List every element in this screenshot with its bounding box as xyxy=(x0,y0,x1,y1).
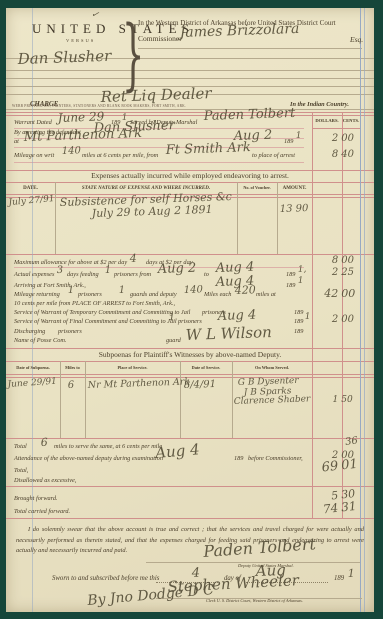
mileage-amount: 8 40 xyxy=(312,150,360,160)
discharging-prisoners-label: prisoners xyxy=(58,329,82,336)
arriving-year-handwriting: 1 xyxy=(298,277,304,286)
mileage-dollars: 8 xyxy=(312,150,338,160)
ruled-line xyxy=(6,438,374,439)
ruled-line xyxy=(6,70,374,71)
ruled-line xyxy=(6,374,374,375)
subpoenas-col-miles: Miles to xyxy=(60,366,85,371)
subpoena-cents: 50 xyxy=(338,396,360,405)
expenses-col-voucher: No. of Voucher. xyxy=(237,186,277,191)
attendance-date-handwriting: Aug 4 xyxy=(155,442,201,461)
table-column-line xyxy=(237,182,238,254)
subpoenas-col-served: On Whom Served. xyxy=(232,366,312,371)
subpoenas-col-place: Place of Service. xyxy=(85,366,180,371)
witness-name-3: Clarence Shaber xyxy=(234,395,311,407)
total-dollars: 69 xyxy=(311,460,338,476)
dollars-column-header: DOLLARS. xyxy=(312,118,342,123)
arrest-year-print: 189 xyxy=(284,139,293,146)
returning-dollars: 42 xyxy=(312,288,338,299)
serve-miles-handwriting: 6 xyxy=(41,437,48,448)
guards-deputy-label: guards and deputy xyxy=(130,292,177,299)
ruled-line xyxy=(6,377,374,378)
miles-each-handwriting: 140 xyxy=(184,285,203,296)
final-amount: 2 00 xyxy=(312,315,360,325)
subpoena-row-date: June 29/91 xyxy=(7,378,57,390)
mileage-rate-label: miles at 6 cents per mile, from xyxy=(82,153,158,160)
mileage-returning-label: Mileage returning xyxy=(14,292,60,299)
temp-commitment-label: Service of Warrant of Temporary Commitme… xyxy=(14,310,190,317)
mileage-writ-label: Mileage on writ xyxy=(14,153,54,160)
returning-amount: 42 00 xyxy=(312,288,360,299)
mileage-from-handwriting: Ft Smith Ark xyxy=(166,141,251,157)
posse-label: Name of Posse Com. xyxy=(14,338,66,345)
arrest-fee-dollars: 2 xyxy=(312,134,338,144)
actual-year-print: 189 xyxy=(286,272,295,279)
disallowed-label: Disallowed as excessive, xyxy=(14,478,76,485)
ruled-line xyxy=(6,348,374,349)
clerk-title: Clerk U. S. District Court, Western Dist… xyxy=(206,599,303,604)
guard-name-handwriting: W L Wilson xyxy=(185,325,272,343)
mileage-cents: 40 xyxy=(338,150,360,160)
feeding-cents: 25 xyxy=(338,268,360,278)
serve-rate-label: miles to serve the same, at 6 cents per … xyxy=(54,444,162,451)
ruled-line xyxy=(6,109,374,110)
total-label: Total, xyxy=(14,468,28,475)
temp-year-print: 189 xyxy=(294,310,303,317)
expense-account-form: ✓ UNITED STATES VERSUS } In the Western … xyxy=(6,8,374,612)
final-year-print: 189 xyxy=(294,319,303,326)
ruled-line xyxy=(14,147,304,148)
actual-year-handwriting: 1, xyxy=(298,266,307,275)
final-date-handwriting: Aug 4 xyxy=(218,309,257,323)
table-column-line xyxy=(60,361,61,438)
ruled-line xyxy=(6,361,374,362)
returning-prisoners-label: prisoners xyxy=(78,292,102,299)
subpoena-row-place: Nr Mt Parthenon Ark xyxy=(88,377,191,390)
feeding-days-handwriting: 3 xyxy=(57,266,64,276)
carried-forward-cents: 31 xyxy=(338,500,361,514)
table-column-line xyxy=(55,182,56,254)
miles-at-label: miles at xyxy=(256,292,276,299)
arrest-fee-cents: 00 xyxy=(338,134,360,144)
feeding-label: days feeding xyxy=(67,272,99,279)
serve-amount: 36 xyxy=(345,436,359,448)
expense-row-description-2: July 29 to Aug 2 1891 xyxy=(92,204,213,219)
attendance-label: Attendance of the above-named deputy dur… xyxy=(14,456,163,463)
sworn-label: Sworn to and subscribed before me this xyxy=(52,575,159,582)
total-cents: 01 xyxy=(338,458,361,473)
mileage-returning-label-2: 10 cents per mile from PLACE OF ARREST t… xyxy=(14,301,175,308)
ruled-line xyxy=(138,48,362,49)
before-commissioner-label: before Commissioner, xyxy=(248,456,303,463)
margin-line xyxy=(364,8,365,612)
final-dollars: 2 xyxy=(312,315,338,325)
carried-forward-label: Total carried forward. xyxy=(14,509,70,516)
table-column-line xyxy=(180,361,181,438)
feeding-amount: 2 25 xyxy=(312,268,360,278)
ruled-line xyxy=(6,254,374,255)
at-label: at xyxy=(14,139,19,146)
feeding-dollars: 2 xyxy=(312,268,338,278)
final-count-handwriting: 1 xyxy=(169,313,176,323)
max-allowance-days-handwriting: 4 xyxy=(130,253,137,264)
expenses-col-amount: AMOUNT. xyxy=(277,186,312,192)
arriving-label: Arriving at Fort Smith, Ark., xyxy=(14,283,86,290)
ruled-line xyxy=(6,78,374,79)
max-allowance-amount: 8 00 xyxy=(312,256,360,266)
curly-brace: } xyxy=(122,16,144,94)
arrest-fee-amount: 2 00 xyxy=(312,134,360,144)
arriving-year-print: 189 xyxy=(286,283,295,290)
commissioner-name-handwriting: James Brizzolara xyxy=(180,22,300,40)
jurisdiction-note: In the Indian Country. xyxy=(290,102,349,109)
total-miles-label: Total xyxy=(14,444,27,451)
subpoena-amount: 1 50 xyxy=(312,396,360,405)
final-cents: 00 xyxy=(338,315,360,325)
sworn-year-print: 189 xyxy=(334,575,344,582)
guard-label: guard xyxy=(166,338,181,345)
scanned-document-photo: ✓ UNITED STATES VERSUS } In the Western … xyxy=(0,0,383,619)
table-column-line xyxy=(277,182,278,254)
discharging-year-print: 189 xyxy=(294,329,303,336)
returning-cents: 00 xyxy=(338,288,360,299)
sworn-year-handwriting: 1 xyxy=(348,568,355,579)
carried-forward-dollars: 74 xyxy=(312,502,339,517)
esq-suffix: Esq. xyxy=(350,36,363,44)
actual-expenses-label: Actual expenses xyxy=(14,272,54,279)
returning-guard-count-handwriting: 1 xyxy=(119,286,126,296)
mileage-miles-handwriting: 140 xyxy=(62,146,81,157)
final-year-handwriting: 1 xyxy=(305,313,311,322)
ruled-line xyxy=(6,486,374,487)
arrest-place-handwriting: Mt Parthenon Ark xyxy=(24,127,143,144)
mileage-to-label: to place of arrest xyxy=(252,153,295,160)
ruled-line xyxy=(6,182,374,183)
feeding-from-date-handwriting: Aug 2 xyxy=(158,262,197,276)
max-allowance-cents: 00 xyxy=(338,256,360,266)
expenses-col-date: DATE. xyxy=(6,186,55,192)
expenses-section-title: Expenses actually incurred while employe… xyxy=(6,172,374,180)
brought-forward-label: Brought forward. xyxy=(14,496,58,503)
commissioner-label: Commissioner xyxy=(138,35,182,43)
ruled-line xyxy=(14,162,304,163)
max-allowance-dollars: 8 xyxy=(312,256,338,266)
final-commitment-label: Service of Warrant of Final Commitment a… xyxy=(14,319,177,326)
expense-row-amount: 13 90 xyxy=(280,204,309,215)
marshal-name-handwriting: Paden Tolbert xyxy=(204,107,296,123)
by-deputy-clerk-handwriting: By Jno Dodge D C xyxy=(87,583,215,608)
prisoners-from-label: prisoners from xyxy=(114,272,151,279)
ruled-line xyxy=(312,128,360,129)
cents-column-header: CENTS. xyxy=(342,118,360,123)
charge-value-handwriting: Ret Liq Dealer xyxy=(100,86,211,105)
defendant-name-handwriting: Dan Slusher xyxy=(17,49,111,67)
margin-line xyxy=(360,8,361,612)
discharging-label: Discharging xyxy=(14,329,45,336)
attendance-year-print: 189 xyxy=(234,456,243,463)
subpoena-row-miles: 6 xyxy=(68,381,75,391)
subpoenas-col-date: Date of Subpoena. xyxy=(6,366,60,371)
warrant-dated-label: Warrant Dated xyxy=(14,120,52,127)
subpoena-dollars: 1 xyxy=(312,396,338,405)
printer-imprint: WEBB PRINTING CO., PRINTERS, STATIONERS … xyxy=(12,105,186,109)
ruled-line xyxy=(6,518,374,519)
returning-prisoner-count-handwriting: 1 xyxy=(68,286,75,296)
total-miles-handwriting: 420 xyxy=(235,284,256,296)
arrest-year-handwriting: 1 xyxy=(296,132,302,141)
to-label: to xyxy=(204,272,209,279)
subpoenas-col-service-date: Date of Service. xyxy=(180,366,232,371)
ink-mark: ✓ xyxy=(90,10,100,21)
miles-each-label: Miles each xyxy=(204,292,231,299)
table-column-line xyxy=(85,361,86,438)
versus-label: VERSUS xyxy=(66,39,95,44)
subpoenas-section-title: Subpoenas for Plaintiff's Witnesses by a… xyxy=(6,351,374,359)
subpoena-row-service-date: 8/4/91 xyxy=(184,380,217,391)
feeding-prisoner-count-handwriting: 1 xyxy=(105,266,112,276)
